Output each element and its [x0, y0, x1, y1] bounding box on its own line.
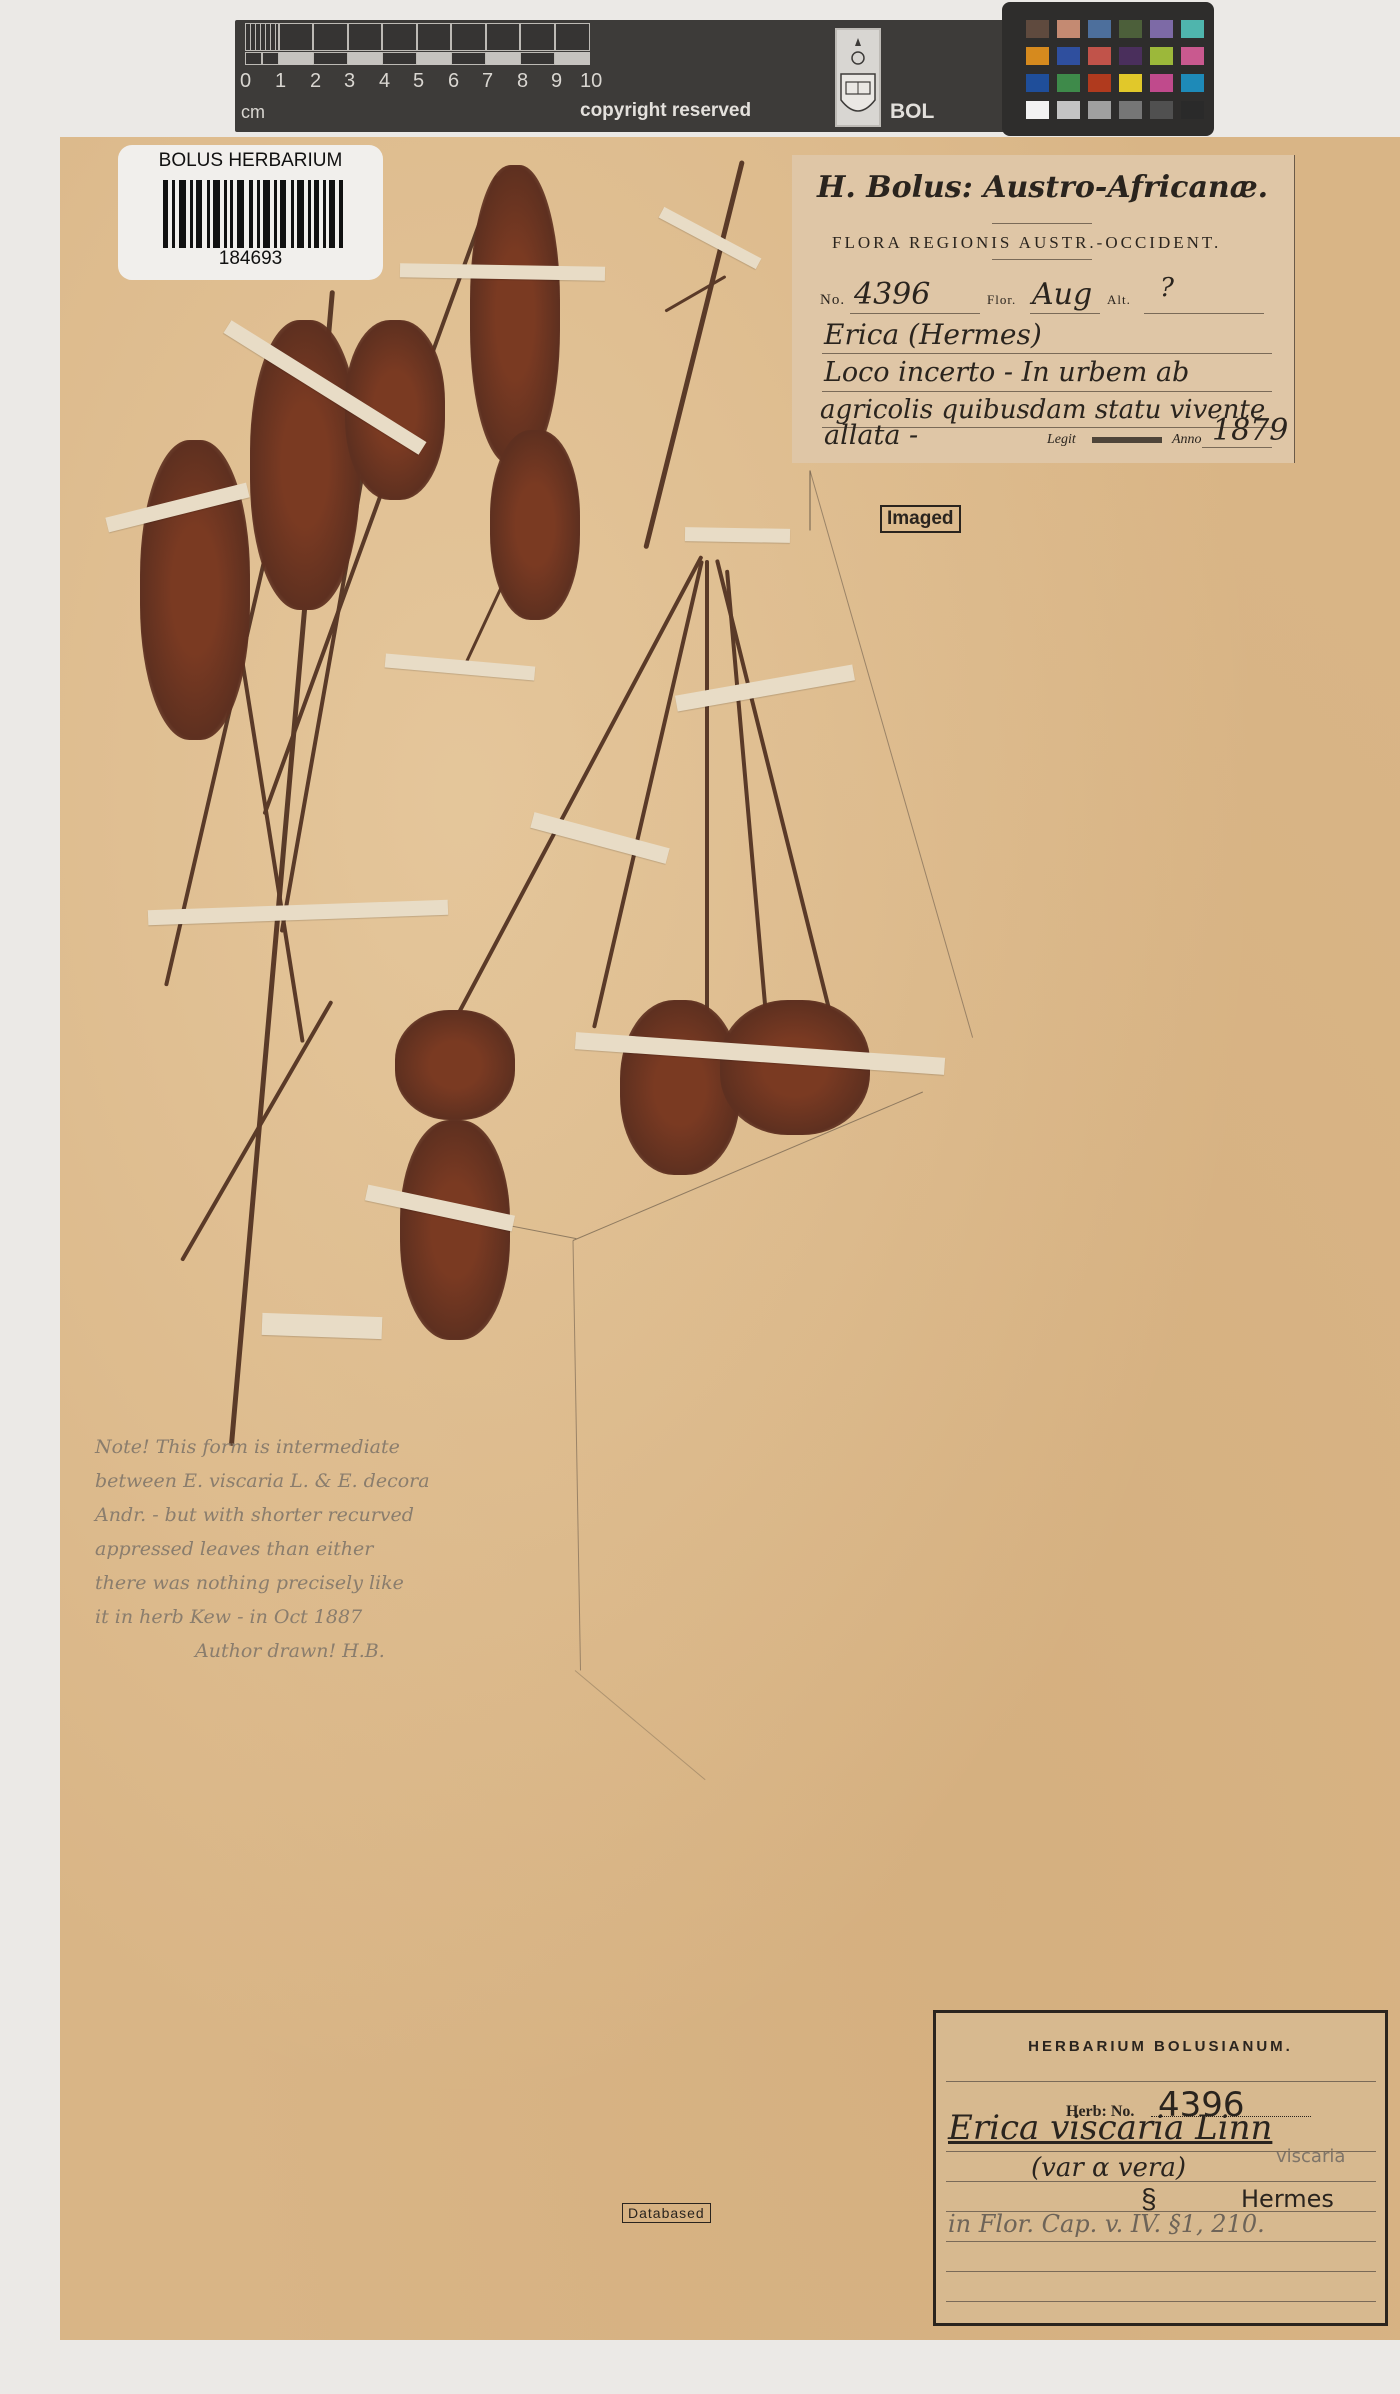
- barcode-label: BOLUS HERBARIUM 184693: [118, 145, 383, 280]
- scale-tick-label: 0: [240, 70, 251, 93]
- collection-number: 4396: [854, 277, 930, 312]
- section-name: Hermes: [1241, 2185, 1334, 2213]
- pencil-note-line: appressed leaves than either: [95, 1532, 615, 1566]
- pencil-note-line: Author drawn! H.B.: [95, 1634, 615, 1668]
- imaged-stamp: Imaged: [880, 505, 961, 533]
- collector-label: H. Bolus: Austro-Africanæ. FLORA REGIONI…: [792, 155, 1295, 463]
- databased-stamp: Databased: [622, 2203, 711, 2223]
- color-patch: [1088, 47, 1111, 65]
- color-patch: [1026, 74, 1049, 92]
- institution-code: BOL: [890, 100, 934, 124]
- color-patch: [1119, 74, 1142, 92]
- locality-line: Loco incerto - In urbem ab: [824, 357, 1189, 388]
- color-patch: [1026, 20, 1049, 38]
- university-crest-icon: [835, 28, 881, 127]
- locality-line: allata -: [824, 420, 918, 451]
- color-checker-card: [1002, 2, 1214, 136]
- variety-name: (var α vera): [1031, 2153, 1186, 2183]
- color-patch: [1150, 47, 1173, 65]
- flora-subheading: FLORA REGIONIS AUSTR.-OCCIDENT.: [832, 233, 1221, 253]
- color-patch: [1150, 20, 1173, 38]
- color-patch: [1150, 74, 1173, 92]
- color-patch: [1181, 74, 1204, 92]
- color-patch: [1181, 101, 1204, 119]
- species-name: Erica viscaria Linn: [948, 2108, 1272, 2148]
- color-patch: [1057, 101, 1080, 119]
- scale-tick-label: 8: [517, 70, 528, 93]
- det-heading: HERBARIUM BOLUSIANUM.: [936, 2038, 1385, 2055]
- color-patch: [1150, 101, 1173, 119]
- barcode-number: 184693: [118, 248, 383, 270]
- color-patch: [1026, 101, 1049, 119]
- color-patch: [1088, 20, 1111, 38]
- scale-tick-label: 5: [413, 70, 424, 93]
- barcode-icon: [163, 180, 343, 248]
- collector-taxon: Erica (Hermes): [824, 318, 1042, 351]
- pencil-annotation: Note! This form is intermediate between …: [95, 1430, 615, 1668]
- scale-tick-label: 3: [344, 70, 355, 93]
- scale-bar-segments: [245, 23, 590, 68]
- color-patch: [1057, 74, 1080, 92]
- altitude-value: ?: [1160, 273, 1174, 303]
- scale-tick-label: 9: [551, 70, 562, 93]
- flowering-month: Aug: [1032, 277, 1092, 312]
- color-patch: [1181, 20, 1204, 38]
- color-patch: [1088, 101, 1111, 119]
- pencil-outline: [810, 471, 811, 531]
- pencil-note-line: Note! This form is intermediate: [95, 1430, 615, 1464]
- copyright-notice: copyright reserved: [580, 100, 751, 122]
- color-patch: [1057, 20, 1080, 38]
- pencil-note-line: between E. viscaria L. & E. decora: [95, 1464, 615, 1498]
- color-patch: [1119, 47, 1142, 65]
- pencil-note-line: there was nothing precisely like: [95, 1566, 615, 1600]
- scale-tick-label: 7: [482, 70, 493, 93]
- pencil-note-line: it in herb Kew - in Oct 1887: [95, 1600, 615, 1634]
- color-patch: [1088, 74, 1111, 92]
- determination-label: HERBARIUM BOLUSIANUM. Herb: No. 4396 Eri…: [933, 2010, 1388, 2326]
- struck-out-collector: [1092, 437, 1162, 443]
- color-patch: [1026, 47, 1049, 65]
- scale-bar: 0 1 2 3 4 5 6 7 8 9 10 cm copyright rese…: [235, 20, 1005, 132]
- literature-reference: in Flor. Cap. v. IV. §1, 210.: [948, 2210, 1265, 2238]
- color-patch: [1057, 47, 1080, 65]
- color-patch: [1119, 101, 1142, 119]
- collection-year: 1879: [1212, 413, 1288, 448]
- collector-heading: H. Bolus: Austro-Africanæ.: [817, 170, 1268, 205]
- color-patch: [1119, 20, 1142, 38]
- color-patch: [1181, 47, 1204, 65]
- scale-tick-label: 1: [275, 70, 286, 93]
- variety-pencil-annotation: viscaria: [1276, 2146, 1345, 2167]
- scale-tick-label: 10: [580, 70, 602, 93]
- barcode-title: BOLUS HERBARIUM: [118, 150, 383, 172]
- scale-tick-label: 2: [310, 70, 321, 93]
- pencil-note-line: Andr. - but with shorter recurved: [95, 1498, 615, 1532]
- scale-tick-label: 6: [448, 70, 459, 93]
- scale-unit: cm: [241, 102, 265, 123]
- scale-tick-label: 4: [379, 70, 390, 93]
